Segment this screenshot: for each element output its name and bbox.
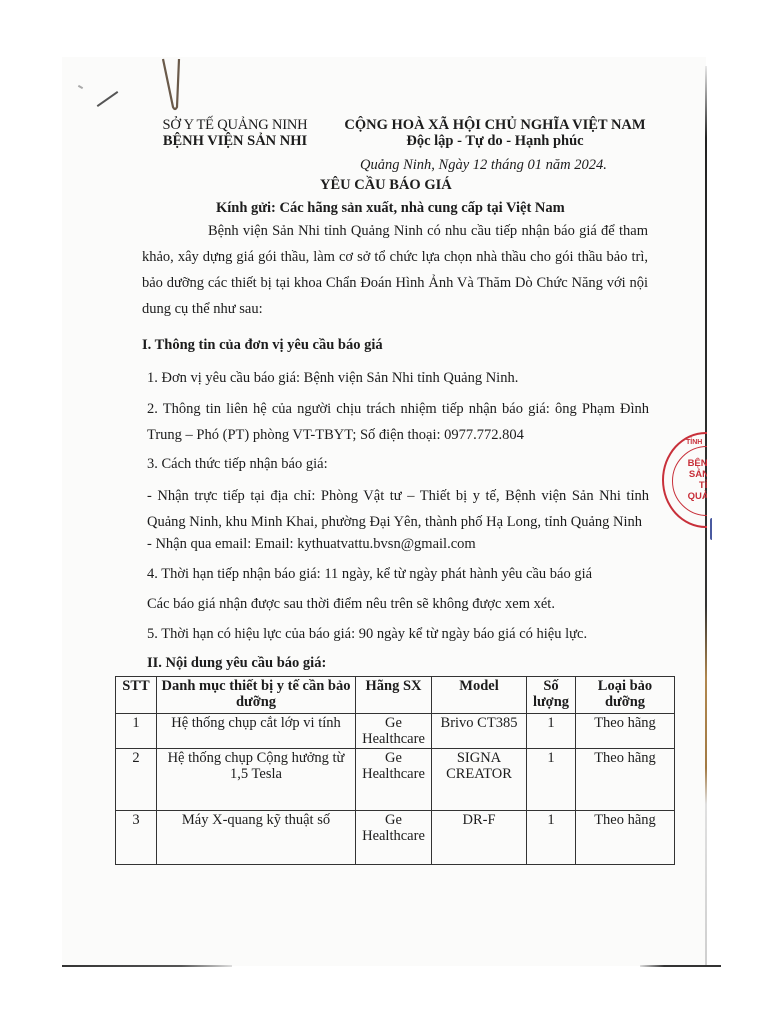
cell-maker: Ge Healthcare xyxy=(356,714,432,749)
cell-type: Theo hãng xyxy=(576,811,675,865)
table-row: 3 Máy X-quang kỹ thuật số Ge Healthcare … xyxy=(116,811,675,865)
cell-model: SIGNA CREATOR xyxy=(432,749,527,811)
col-equipment: Danh mục thiết bị y tế cần bảo dưỡng xyxy=(157,677,356,714)
cell-stt: 1 xyxy=(116,714,157,749)
document-title: YÊU CẦU BÁO GIÁ xyxy=(320,177,452,194)
col-maintenance-type: Loại bảo dưỡng xyxy=(576,677,675,714)
col-maker: Hãng SX xyxy=(356,677,432,714)
col-model: Model xyxy=(432,677,527,714)
cell-maker: Ge Healthcare xyxy=(356,811,432,865)
cell-model: DR-F xyxy=(432,811,527,865)
section-1-item-4-note: Các báo giá nhận được sau thời điểm nêu … xyxy=(147,596,555,613)
cell-maker: Ge Healthcare xyxy=(356,749,432,811)
section-1-item-1: 1. Đơn vị yêu cầu báo giá: Bệnh viện Sản… xyxy=(147,370,518,387)
signature-mark xyxy=(710,518,714,540)
document-date: Quảng Ninh, Ngày 12 tháng 01 năm 2024. xyxy=(360,157,607,174)
cell-equipment: Hệ thống chụp cắt lớp vi tính xyxy=(157,714,356,749)
col-quantity: Số lượng xyxy=(527,677,576,714)
table-header-row: STT Danh mục thiết bị y tế cần bảo dưỡng… xyxy=(116,677,675,714)
nation-header: CỘNG HOÀ XÃ HỘI CHỦ NGHĨA VIỆT NAM Độc l… xyxy=(335,117,655,149)
addressee: Kính gửi: Các hãng sản xuất, nhà cung cấ… xyxy=(216,200,565,217)
table-row: 2 Hệ thống chụp Cộng hưởng từ 1,5 Tesla … xyxy=(116,749,675,811)
section-1-item-5: 5. Thời hạn có hiệu lực của báo giá: 90 … xyxy=(147,626,587,643)
nation-title: CỘNG HOÀ XÃ HỘI CHỦ NGHĨA VIỆT NAM xyxy=(335,117,655,133)
cell-equipment: Hệ thống chụp Cộng hưởng từ 1,5 Tesla xyxy=(157,749,356,811)
section-1-item-4: 4. Thời hạn tiếp nhận báo giá: 11 ngày, … xyxy=(147,566,592,583)
cell-equipment: Máy X-quang kỹ thuật số xyxy=(157,811,356,865)
page-edge-bottom-right xyxy=(640,965,721,967)
paper-clip-icon xyxy=(160,57,186,112)
col-stt: STT xyxy=(116,677,157,714)
org-header: SỞ Y TẾ QUẢNG NINH BỆNH VIỆN SẢN NHI xyxy=(140,117,330,149)
org-parent: SỞ Y TẾ QUẢNG NINH xyxy=(140,117,330,133)
stamp-top-text: TỈNH xyxy=(686,437,702,448)
section-1-item-3b: - Nhận qua email: Email: kythuatvattu.bv… xyxy=(147,536,476,553)
section-1-item-3a: - Nhận trực tiếp tại địa chỉ: Phòng Vật … xyxy=(147,483,649,535)
intro-paragraph: Bệnh viện Sản Nhi tỉnh Quảng Ninh có nhu… xyxy=(142,218,648,322)
cell-quantity: 1 xyxy=(527,714,576,749)
stamp-clip-mask xyxy=(707,420,770,560)
section-2-heading: II. Nội dung yêu cầu báo giá: xyxy=(147,655,326,672)
motto: Độc lập - Tự do - Hạnh phúc xyxy=(335,133,655,149)
cell-type: Theo hãng xyxy=(576,749,675,811)
cell-stt: 2 xyxy=(116,749,157,811)
section-1-item-2: 2. Thông tin liên hệ của người chịu trác… xyxy=(147,396,649,448)
cell-model: Brivo CT385 xyxy=(432,714,527,749)
cell-stt: 3 xyxy=(116,811,157,865)
cell-type: Theo hãng xyxy=(576,714,675,749)
section-1-heading: I. Thông tin của đơn vị yêu cầu báo giá xyxy=(142,337,383,354)
equipment-table: STT Danh mục thiết bị y tế cần bảo dưỡng… xyxy=(115,676,675,865)
cell-quantity: 1 xyxy=(527,811,576,865)
org-name: BỆNH VIỆN SẢN NHI xyxy=(140,133,330,149)
section-1-item-3: 3. Cách thức tiếp nhận báo giá: xyxy=(147,456,328,473)
table-row: 1 Hệ thống chụp cắt lớp vi tính Ge Healt… xyxy=(116,714,675,749)
page-edge-bottom-left xyxy=(62,965,232,967)
cell-quantity: 1 xyxy=(527,749,576,811)
